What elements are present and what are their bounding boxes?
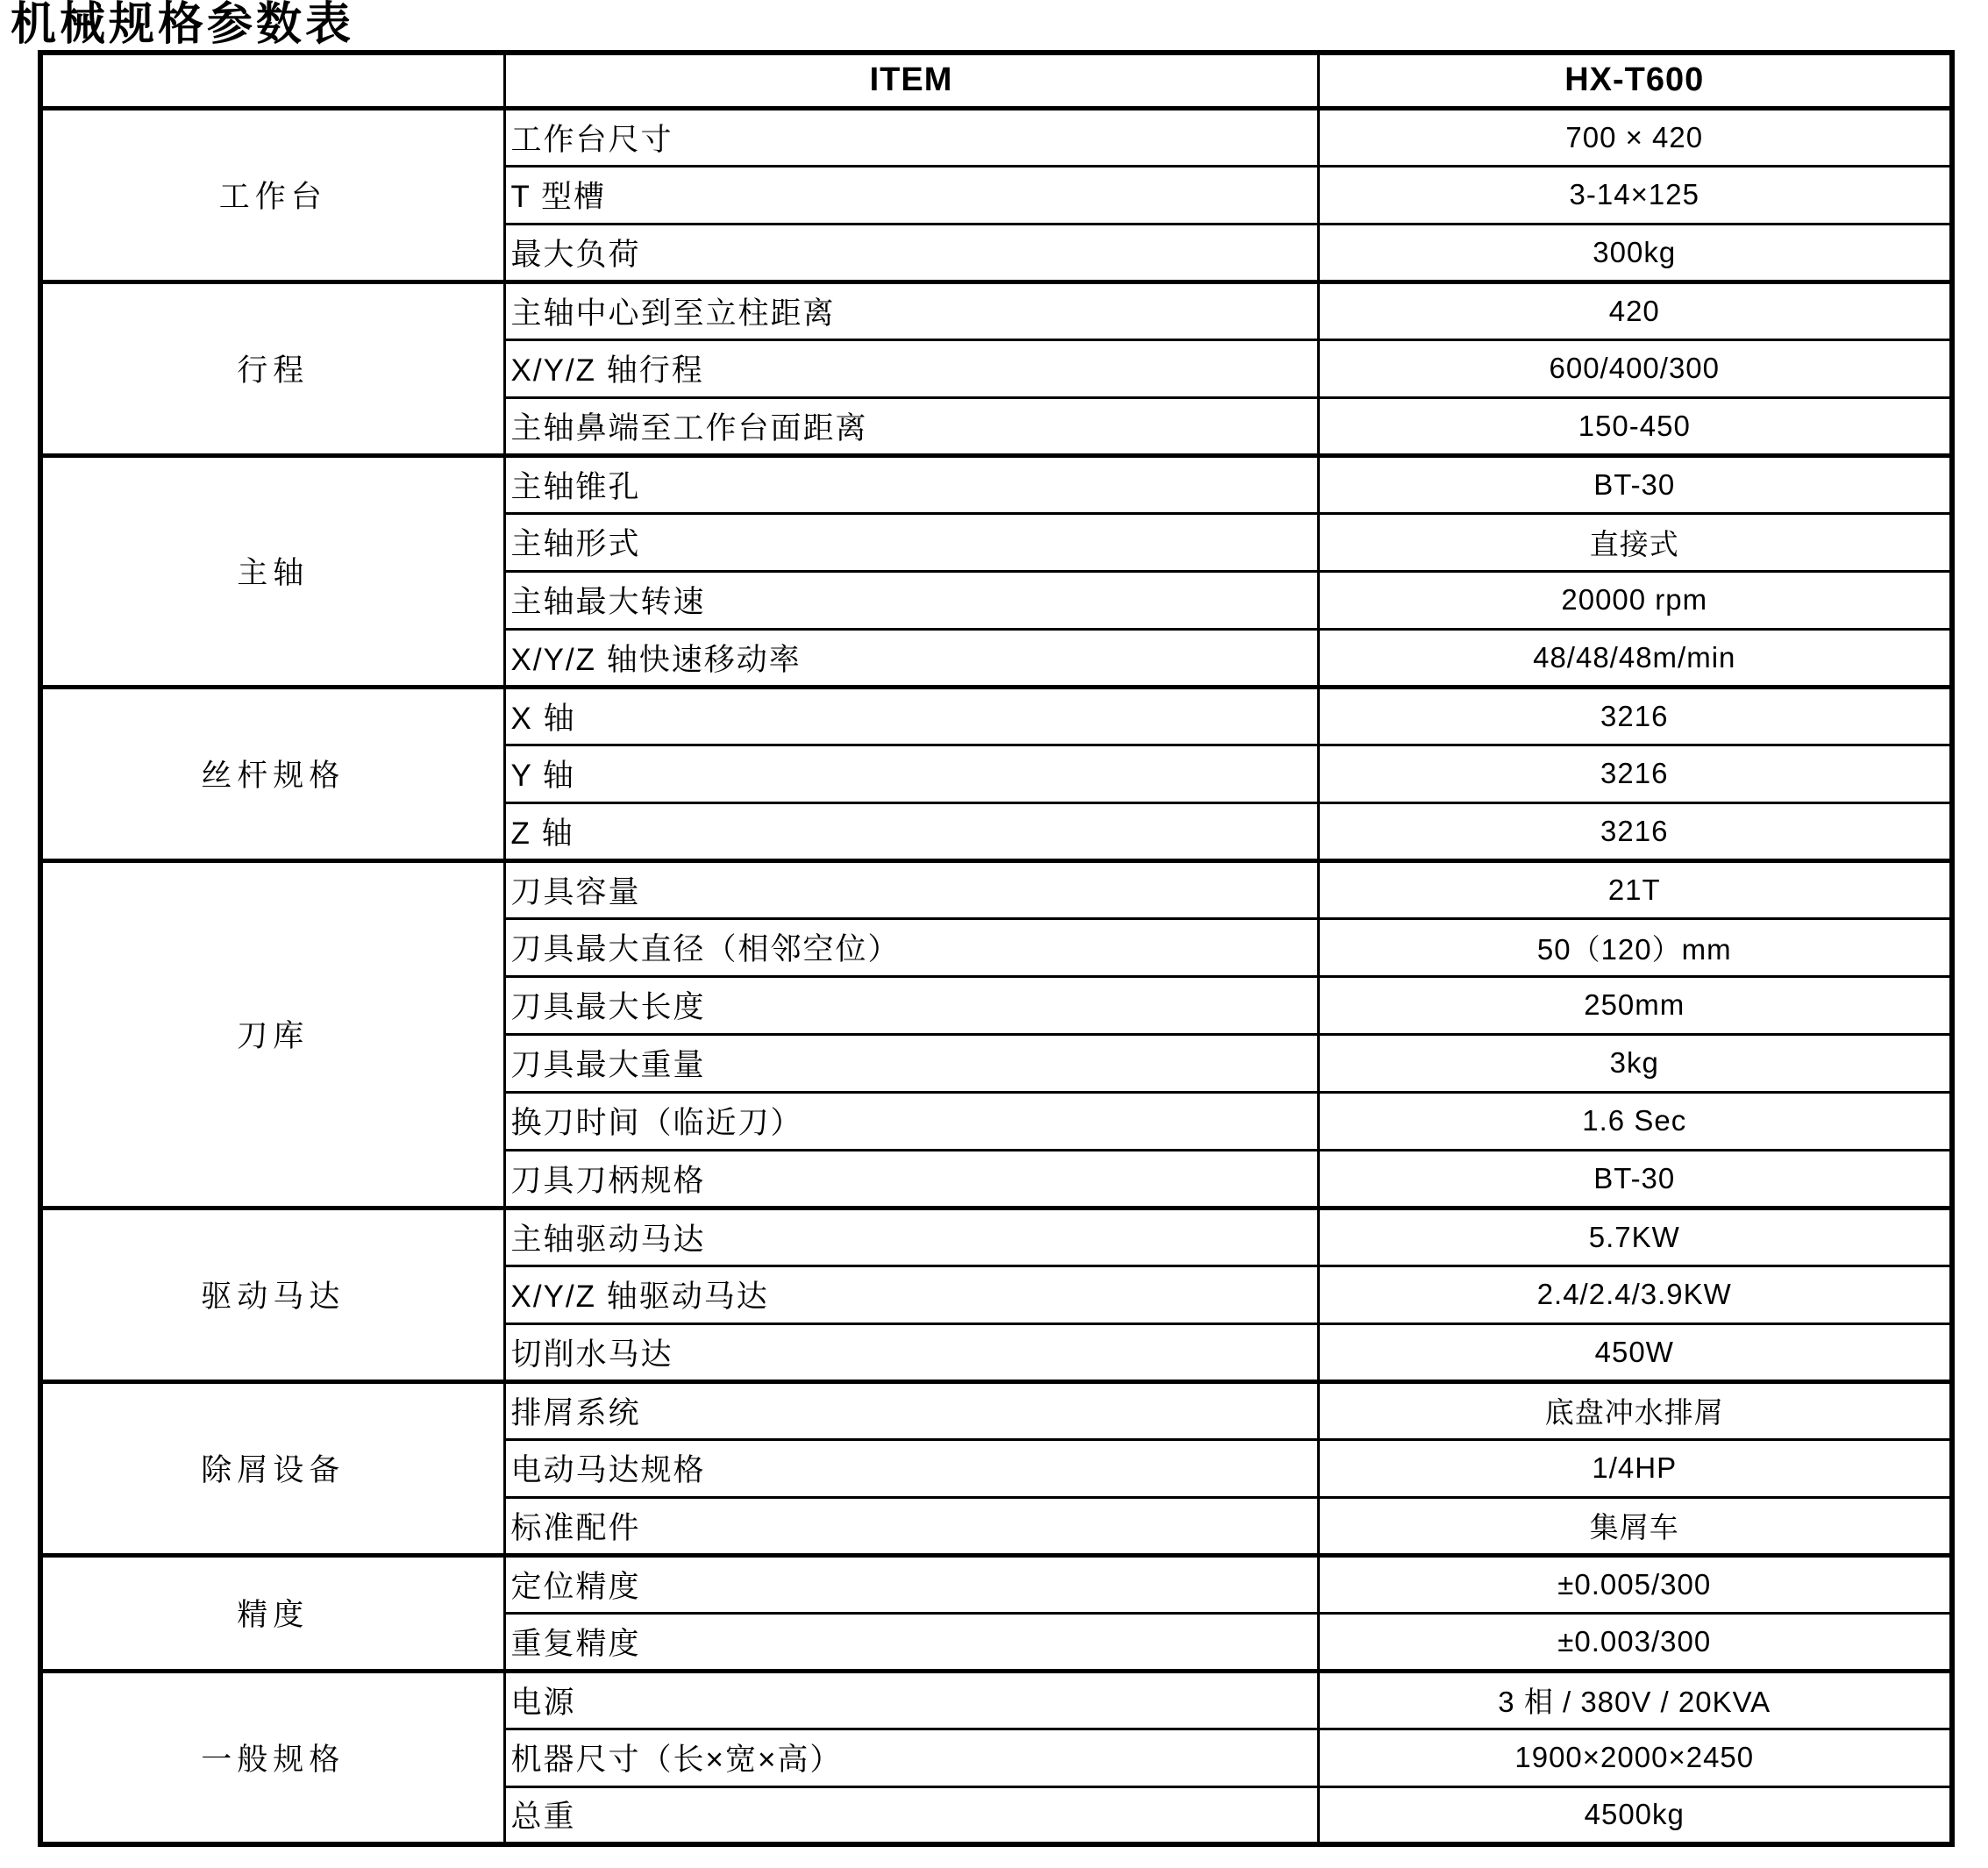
value-cell: 4500kg (1318, 1786, 1952, 1844)
value-cell: 1900×2000×2450 (1318, 1729, 1952, 1786)
group-cell: 除屑设备 (40, 1381, 504, 1555)
table-row: 驱动马达主轴驱动马达5.7KW (40, 1208, 1952, 1266)
value-cell: 21T (1318, 860, 1952, 918)
value-cell: BT-30 (1318, 455, 1952, 513)
value-cell: 50（120）mm (1318, 918, 1952, 976)
value-cell: 420 (1318, 282, 1952, 339)
value-cell: 直接式 (1318, 513, 1952, 571)
item-cell: 主轴中心到至立柱距离 (504, 282, 1318, 339)
value-cell: 700 × 420 (1318, 108, 1952, 166)
value-cell: 250mm (1318, 976, 1952, 1034)
group-cell: 主轴 (40, 455, 504, 687)
page-title: 机械规格参数表 (0, 0, 1988, 47)
item-cell: 总重 (504, 1786, 1318, 1844)
value-cell: 集屑车 (1318, 1497, 1952, 1555)
header-model-cell: HX-T600 (1318, 53, 1952, 108)
value-cell: BT-30 (1318, 1150, 1952, 1208)
value-cell: 450W (1318, 1323, 1952, 1381)
item-cell: Z 轴 (504, 802, 1318, 860)
item-cell: 刀具容量 (504, 860, 1318, 918)
table-row: 刀库刀具容量21T (40, 860, 1952, 918)
item-cell: X/Y/Z 轴快速移动率 (504, 629, 1318, 687)
group-cell: 工作台 (40, 108, 504, 282)
value-cell: 3216 (1318, 745, 1952, 802)
group-cell: 行程 (40, 282, 504, 455)
value-cell: 3216 (1318, 802, 1952, 860)
item-cell: 主轴驱动马达 (504, 1208, 1318, 1266)
group-cell: 一般规格 (40, 1671, 504, 1844)
value-cell: 3kg (1318, 1034, 1952, 1092)
item-cell: 排屑系统 (504, 1381, 1318, 1439)
table-row: 工作台工作台尺寸700 × 420 (40, 108, 1952, 166)
table-row: 主轴主轴锥孔BT-30 (40, 455, 1952, 513)
item-cell: 电动马达规格 (504, 1439, 1318, 1497)
table-row: 精度定位精度±0.005/300 (40, 1555, 1952, 1613)
item-cell: X/Y/Z 轴驱动马达 (504, 1266, 1318, 1323)
table-row: 丝杆规格X 轴3216 (40, 687, 1952, 745)
item-cell: X/Y/Z 轴行程 (504, 339, 1318, 397)
spec-table-body: 工作台工作台尺寸700 × 420T 型槽3-14×125最大负荷300kg行程… (40, 108, 1952, 1844)
item-cell: 主轴锥孔 (504, 455, 1318, 513)
value-cell: 5.7KW (1318, 1208, 1952, 1266)
value-cell: 300kg (1318, 224, 1952, 282)
value-cell: 20000 rpm (1318, 571, 1952, 629)
item-cell: 切削水马达 (504, 1323, 1318, 1381)
item-cell: 机器尺寸（长×宽×高） (504, 1729, 1318, 1786)
item-cell: 刀具最大直径（相邻空位） (504, 918, 1318, 976)
item-cell: 刀具最大长度 (504, 976, 1318, 1034)
value-cell: 3 相 / 380V / 20KVA (1318, 1671, 1952, 1729)
header-item-cell: ITEM (504, 53, 1318, 108)
item-cell: 工作台尺寸 (504, 108, 1318, 166)
value-cell: 底盘冲水排屑 (1318, 1381, 1952, 1439)
item-cell: 主轴鼻端至工作台面距离 (504, 397, 1318, 455)
item-cell: 定位精度 (504, 1555, 1318, 1613)
item-cell: 刀具最大重量 (504, 1034, 1318, 1092)
item-cell: 重复精度 (504, 1613, 1318, 1671)
value-cell: ±0.005/300 (1318, 1555, 1952, 1613)
item-cell: Y 轴 (504, 745, 1318, 802)
table-row: 除屑设备排屑系统底盘冲水排屑 (40, 1381, 1952, 1439)
value-cell: 3216 (1318, 687, 1952, 745)
item-cell: 主轴形式 (504, 513, 1318, 571)
item-cell: X 轴 (504, 687, 1318, 745)
table-row: 行程主轴中心到至立柱距离420 (40, 282, 1952, 339)
value-cell: 3-14×125 (1318, 166, 1952, 224)
value-cell: 150-450 (1318, 397, 1952, 455)
header-row: ITEM HX-T600 (40, 53, 1952, 108)
item-cell: 电源 (504, 1671, 1318, 1729)
item-cell: 最大负荷 (504, 224, 1318, 282)
group-cell: 精度 (40, 1555, 504, 1671)
item-cell: 刀具刀柄规格 (504, 1150, 1318, 1208)
item-cell: 换刀时间（临近刀） (504, 1092, 1318, 1150)
spec-table: ITEM HX-T600 工作台工作台尺寸700 × 420T 型槽3-14×1… (38, 50, 1955, 1847)
group-cell: 刀库 (40, 860, 504, 1208)
table-row: 一般规格电源3 相 / 380V / 20KVA (40, 1671, 1952, 1729)
group-cell: 驱动马达 (40, 1208, 504, 1381)
value-cell: 2.4/2.4/3.9KW (1318, 1266, 1952, 1323)
value-cell: 1/4HP (1318, 1439, 1952, 1497)
value-cell: ±0.003/300 (1318, 1613, 1952, 1671)
item-cell: 标准配件 (504, 1497, 1318, 1555)
item-cell: T 型槽 (504, 166, 1318, 224)
header-empty-cell (40, 53, 504, 108)
group-cell: 丝杆规格 (40, 687, 504, 860)
value-cell: 48/48/48m/min (1318, 629, 1952, 687)
item-cell: 主轴最大转速 (504, 571, 1318, 629)
value-cell: 600/400/300 (1318, 339, 1952, 397)
value-cell: 1.6 Sec (1318, 1092, 1952, 1150)
